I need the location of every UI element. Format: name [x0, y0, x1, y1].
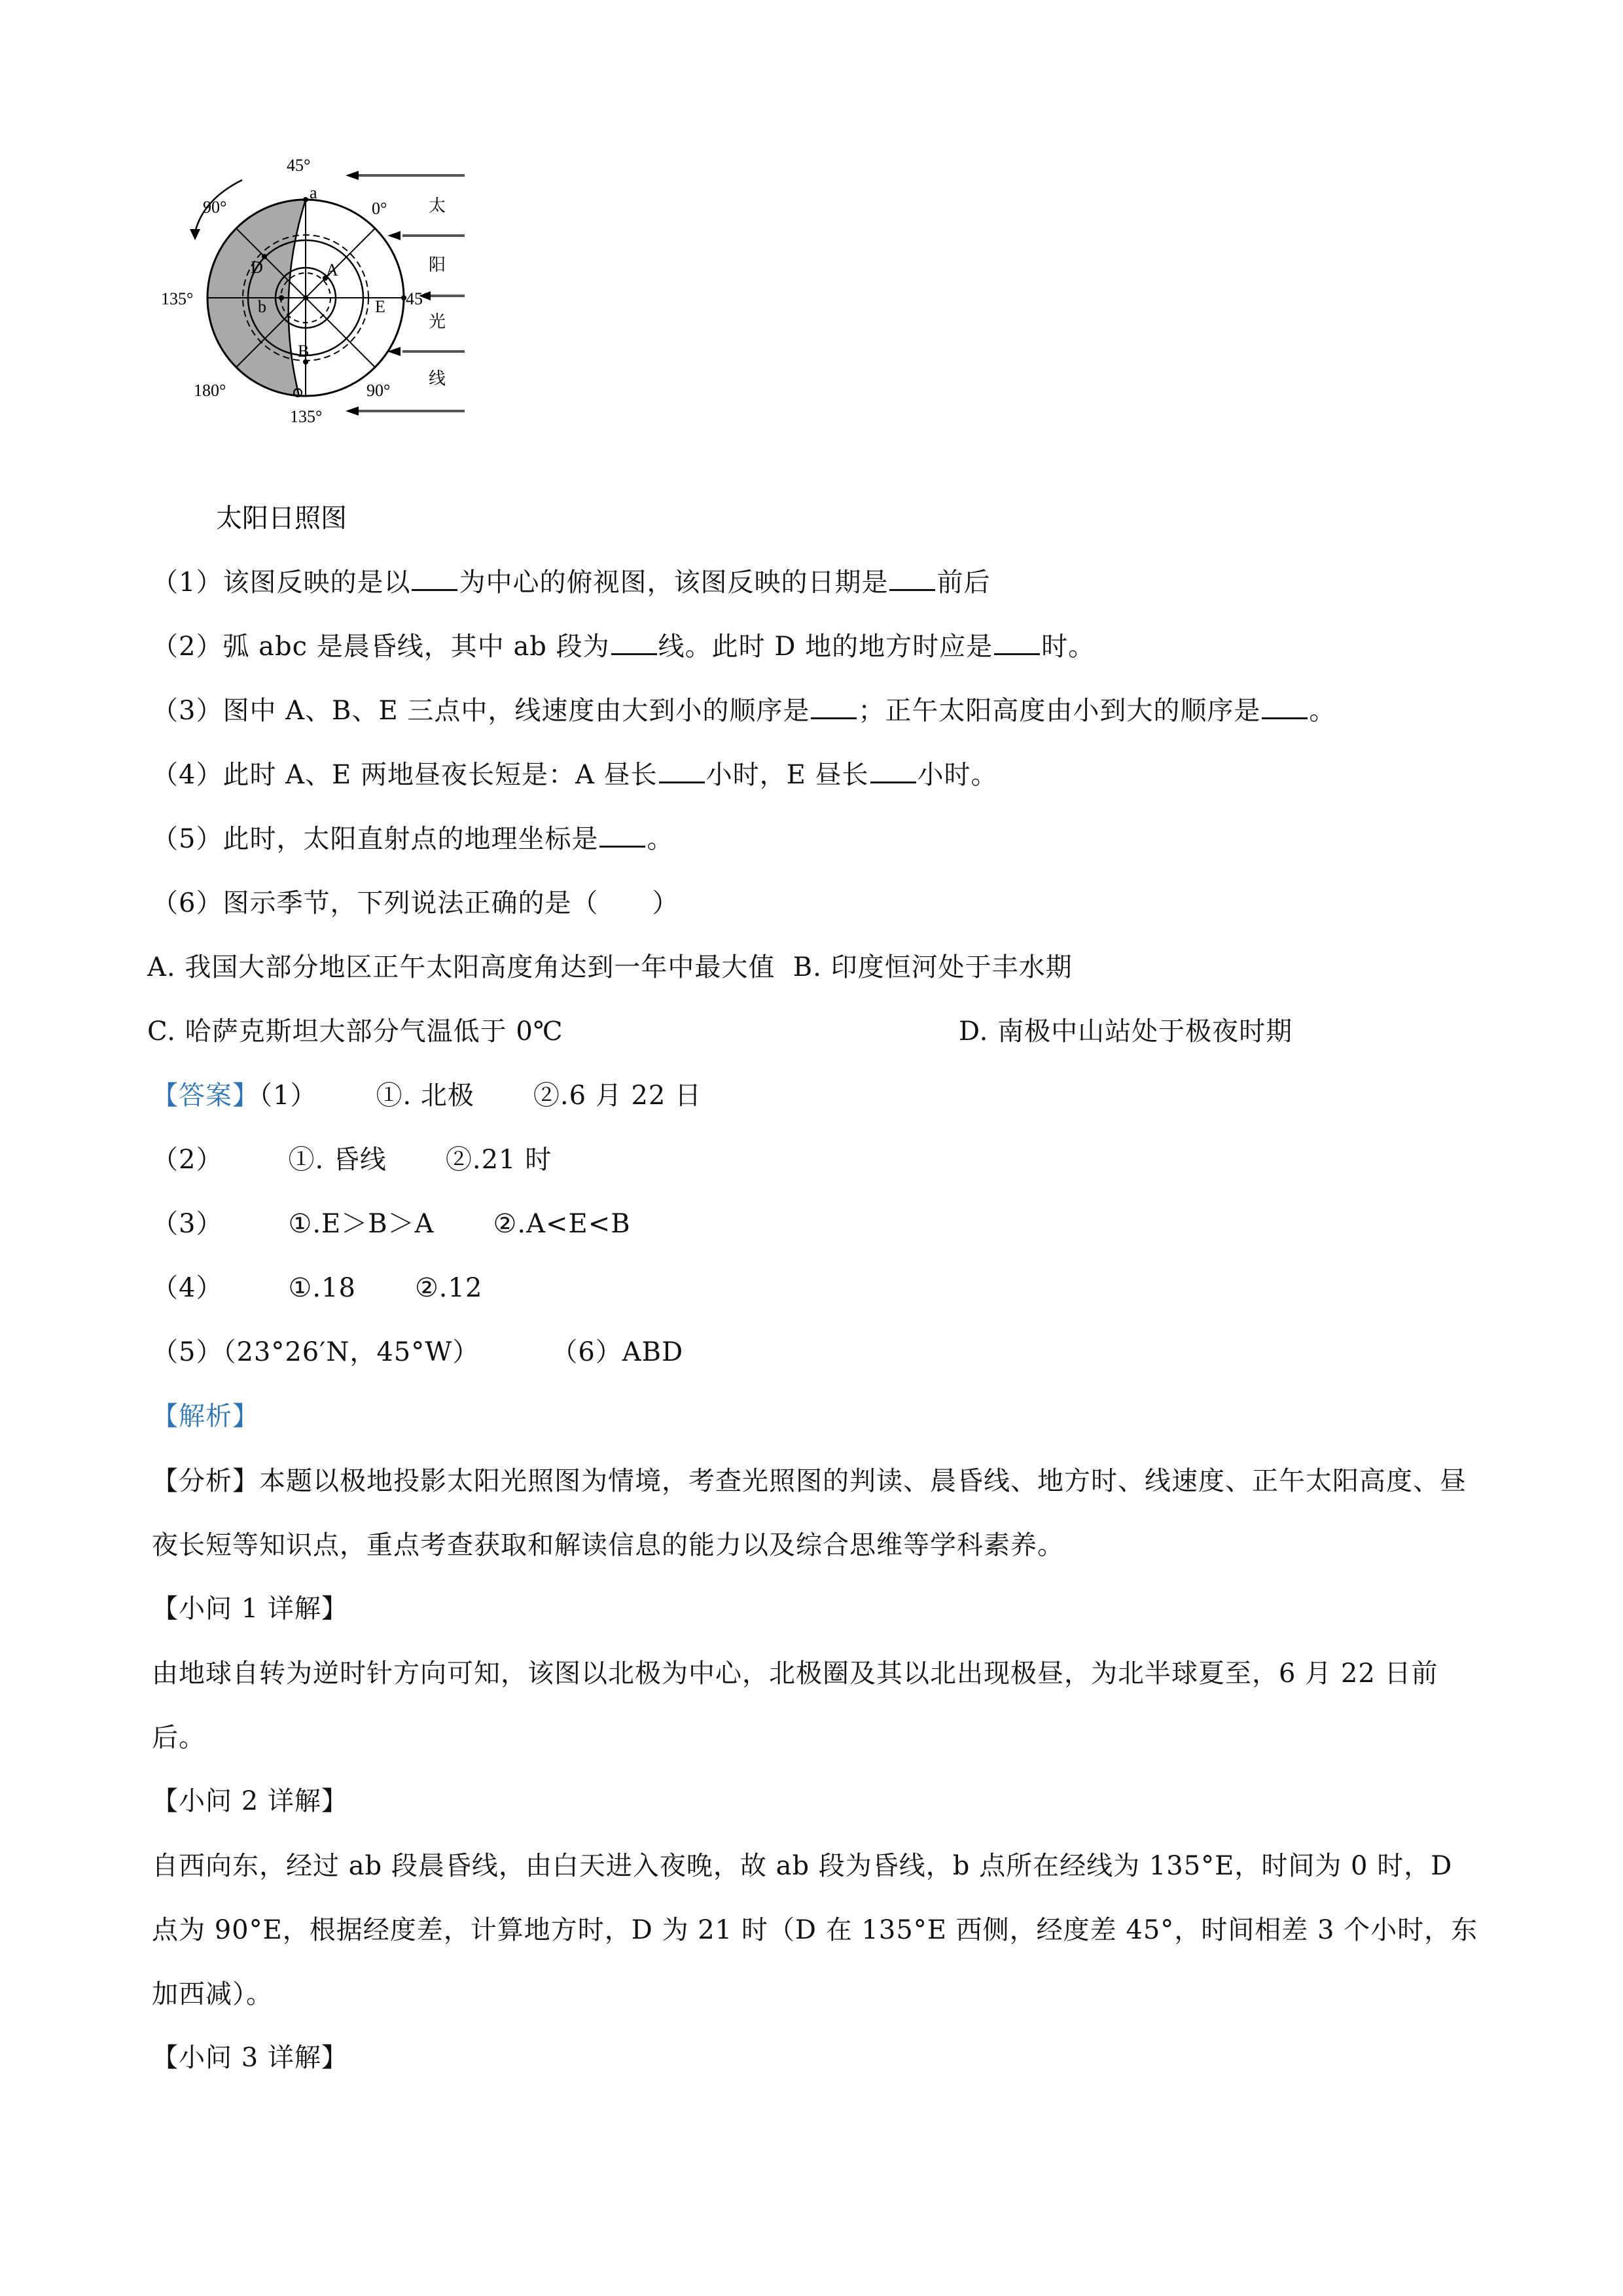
label-right: 45° — [406, 289, 429, 308]
label-lower-right: 90° — [366, 381, 390, 400]
point-a: a — [310, 183, 317, 202]
answer-blank — [870, 757, 916, 783]
sub-question-2-text: 自西向东，经过 ab 段晨昏线，由白天进入夜晚，故 ab 段为昏线，b 点所在经… — [152, 1834, 1480, 2026]
point-E: E — [375, 297, 385, 316]
sub-question-3-title: 【小问 3 详解】 — [152, 2039, 348, 2076]
answer-blank — [659, 757, 705, 783]
label-top: 45° — [287, 156, 310, 175]
answer-blank — [889, 564, 935, 591]
answer-blank — [599, 821, 645, 848]
document-page: 45° 135° 135° 45° 90° 0° 180° 90° a b A … — [0, 0, 1623, 2296]
answer-line-5: （5）（23°26′N，45°W）（6）ABD — [152, 1334, 683, 1371]
answer-blank — [994, 628, 1040, 655]
option-b: B. 印度恒河处于丰水期 — [793, 952, 1073, 982]
point-b: b — [258, 297, 266, 316]
answer-blank — [412, 564, 457, 591]
question-6: （6）图示季节，下列说法正确的是（ ） — [152, 885, 679, 922]
sub-question-1-text: 由地球自转为逆时针方向可知，该图以北极为中心，北极圈及其以北出现极昼，为北半球夏… — [152, 1641, 1480, 1770]
polar-projection-diagram: 45° 135° 135° 45° 90° 0° 180° 90° a b A … — [151, 141, 609, 507]
options-row-2: C. 哈萨克斯坦大部分气温低于 0℃ D. 南极中山站处于极夜时期 — [147, 1013, 1456, 1050]
option-a: A. 我国大部分地区正午太阳高度角达到一年中最大值 — [147, 952, 775, 982]
label-left: 135° — [161, 289, 193, 308]
answer-label: 【答案】 — [152, 1081, 259, 1111]
sunlight-char-1: 太 — [429, 196, 446, 216]
options-row-1: A. 我国大部分地区正午太阳高度角达到一年中最大值 B. 印度恒河处于丰水期 — [147, 949, 1073, 986]
answer-blank — [1262, 692, 1308, 719]
analysis-summary: 【分析】本题以极地投影太阳光照图为情境，考查光照图的判读、晨昏线、地方时、线速度… — [152, 1449, 1480, 1577]
sunlight-char-4: 线 — [429, 369, 446, 389]
sub-question-2-title: 【小问 2 详解】 — [152, 1783, 348, 1820]
sunlight-diagram: 45° 135° 135° 45° 90° 0° 180° 90° a b A … — [151, 141, 609, 540]
option-c: C. 哈萨克斯坦大部分气温低于 0℃ — [147, 1016, 563, 1047]
question-1: （1）该图反映的是以为中心的俯视图，该图反映的日期是前后 — [152, 564, 990, 601]
label-lower-left: 180° — [194, 381, 226, 400]
answer-line-3: （3）①.E＞B＞A②.A<E<B — [152, 1206, 631, 1242]
question-5: （5）此时，太阳直射点的地理坐标是。 — [152, 821, 673, 857]
label-upper-left: 90° — [203, 198, 226, 217]
sunlight-char-2: 阳 — [429, 255, 446, 275]
label-bottom: 135° — [290, 407, 322, 426]
sub-question-1-title: 【小问 1 详解】 — [152, 1590, 348, 1627]
sunlight-char-3: 光 — [429, 312, 446, 332]
answer-blank — [811, 692, 857, 719]
point-A: A — [326, 260, 338, 279]
option-d: D. 南极中山站处于极夜时期 — [959, 1013, 1293, 1050]
answer-line-1: 【答案】（1）①. 北极②.6 月 22 日 — [152, 1077, 702, 1114]
label-upper-right: 0° — [372, 199, 387, 218]
point-B: B — [298, 342, 309, 361]
analysis-label: 【解析】 — [152, 1398, 259, 1435]
question-2: （2）弧 abc 是晨昏线，其中 ab 段为线。此时 D 地的地方时应是时。 — [152, 628, 1095, 665]
answer-line-2: （2）①. 昏线②.21 时 — [152, 1141, 552, 1178]
answer-blank — [611, 628, 657, 655]
question-4: （4）此时 A、E 两地昼夜长短是：A 昼长小时，E 昼长小时。 — [152, 757, 998, 793]
answer-line-4: （4）①.18②.12 — [152, 1270, 482, 1306]
question-3: （3）图中 A、B、E 三点中，线速度由大到小的顺序是；正午太阳高度由小到大的顺… — [152, 692, 1336, 729]
point-D: D — [251, 258, 263, 277]
figure-caption: 太阳日照图 — [151, 497, 412, 535]
